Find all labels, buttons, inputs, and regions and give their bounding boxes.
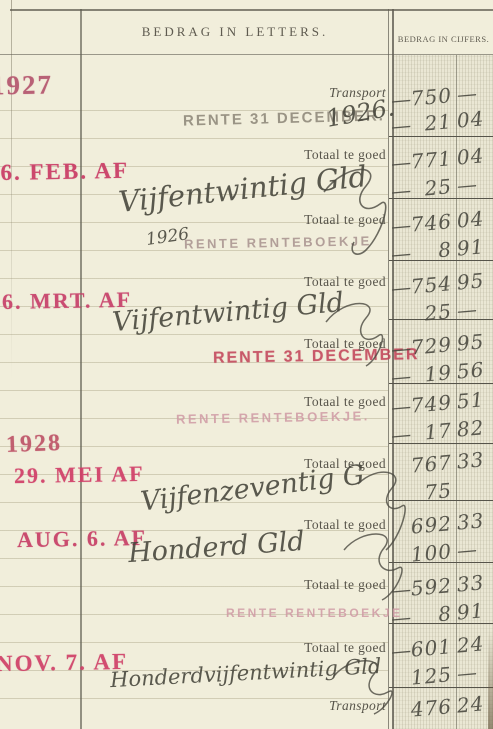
amount-guilders: 8 xyxy=(404,237,453,265)
amount-cents: 56 xyxy=(456,357,492,384)
header-bedrag-in-cijfers: BEDRAG IN CIJFERS. xyxy=(394,34,493,44)
amount-cents: — xyxy=(456,296,492,323)
header-underline xyxy=(0,54,493,55)
amount-cents: 04 xyxy=(456,106,492,133)
page-edge-shadow xyxy=(488,630,493,729)
ink-flourish xyxy=(322,292,392,372)
amount-guilders: 746 xyxy=(404,209,453,237)
amount-guilders: 17 xyxy=(404,418,453,446)
amount-guilders: 125 xyxy=(404,662,453,690)
amount-guilders: 750 xyxy=(404,83,453,111)
amount-guilders: 75 xyxy=(404,478,453,506)
ink-flourish xyxy=(318,158,396,263)
stamp-rente-renteboekje-3: RENTE RENTEBOEKJE xyxy=(226,606,403,620)
margin-column-line xyxy=(80,9,82,729)
amount-guilders: 8 xyxy=(404,601,453,629)
amount-guilders: 592 xyxy=(404,573,453,601)
amount-cents: 04 xyxy=(456,143,492,170)
label-transport-top: Transport xyxy=(205,85,386,101)
margin-stamp-1928: 1928 xyxy=(6,430,63,459)
label-totaal-te-goed-5: Totaal te goed xyxy=(205,394,386,410)
top-border-line xyxy=(10,9,493,11)
amount-cents: 24 xyxy=(456,631,492,658)
ledger-page: BEDRAG IN LETTERS. BEDRAG IN CIJFERS. 19… xyxy=(0,0,493,729)
amount-guilders: 25 xyxy=(404,299,453,327)
margin-stamp-29-mei-af: 29. MEI AF xyxy=(14,461,145,489)
amount-cents: 51 xyxy=(456,387,492,414)
margin-stamp-26-feb-af: 26. FEB. AF xyxy=(0,158,129,186)
amount-cents: 33 xyxy=(456,570,492,597)
amount-cents: 95 xyxy=(456,329,492,356)
amount-guilders: 729 xyxy=(404,332,453,360)
amount-cents: 33 xyxy=(456,447,492,474)
amount-cents: 04 xyxy=(456,206,492,233)
amount-guilders: 754 xyxy=(404,271,453,299)
amount-guilders: 476 xyxy=(404,694,453,722)
amount-cents: 91 xyxy=(456,234,492,261)
amount-cents: 33 xyxy=(456,508,492,535)
amount-guilders: 771 xyxy=(404,146,453,174)
amount-guilders: 25 xyxy=(404,174,453,202)
amount-guilders: 767 xyxy=(404,450,453,478)
amount-cents: — xyxy=(456,536,492,563)
amount-cents: 91 xyxy=(456,598,492,625)
header-bedrag-in-letters: BEDRAG IN LETTERS. xyxy=(82,24,388,40)
amount-guilders: 749 xyxy=(404,390,453,418)
amount-cents: — xyxy=(456,171,492,198)
amount-guilders: 601 xyxy=(404,634,453,662)
amount-cents: — xyxy=(456,659,492,686)
amount-cents: 95 xyxy=(456,268,492,295)
amount-cents: 82 xyxy=(456,415,492,442)
page-crease xyxy=(11,0,12,380)
amount-guilders: 100 xyxy=(404,539,453,567)
amount-guilders: 21 xyxy=(404,109,453,137)
amount-guilders: 692 xyxy=(404,511,453,539)
margin-stamp-1927: 1927 xyxy=(0,69,53,101)
amount-cents: — xyxy=(456,80,492,107)
amount-guilders: 19 xyxy=(404,360,453,388)
amount-cents: 24 xyxy=(456,691,492,718)
label-totaal-te-goed-3: Totaal te goed xyxy=(205,274,386,290)
